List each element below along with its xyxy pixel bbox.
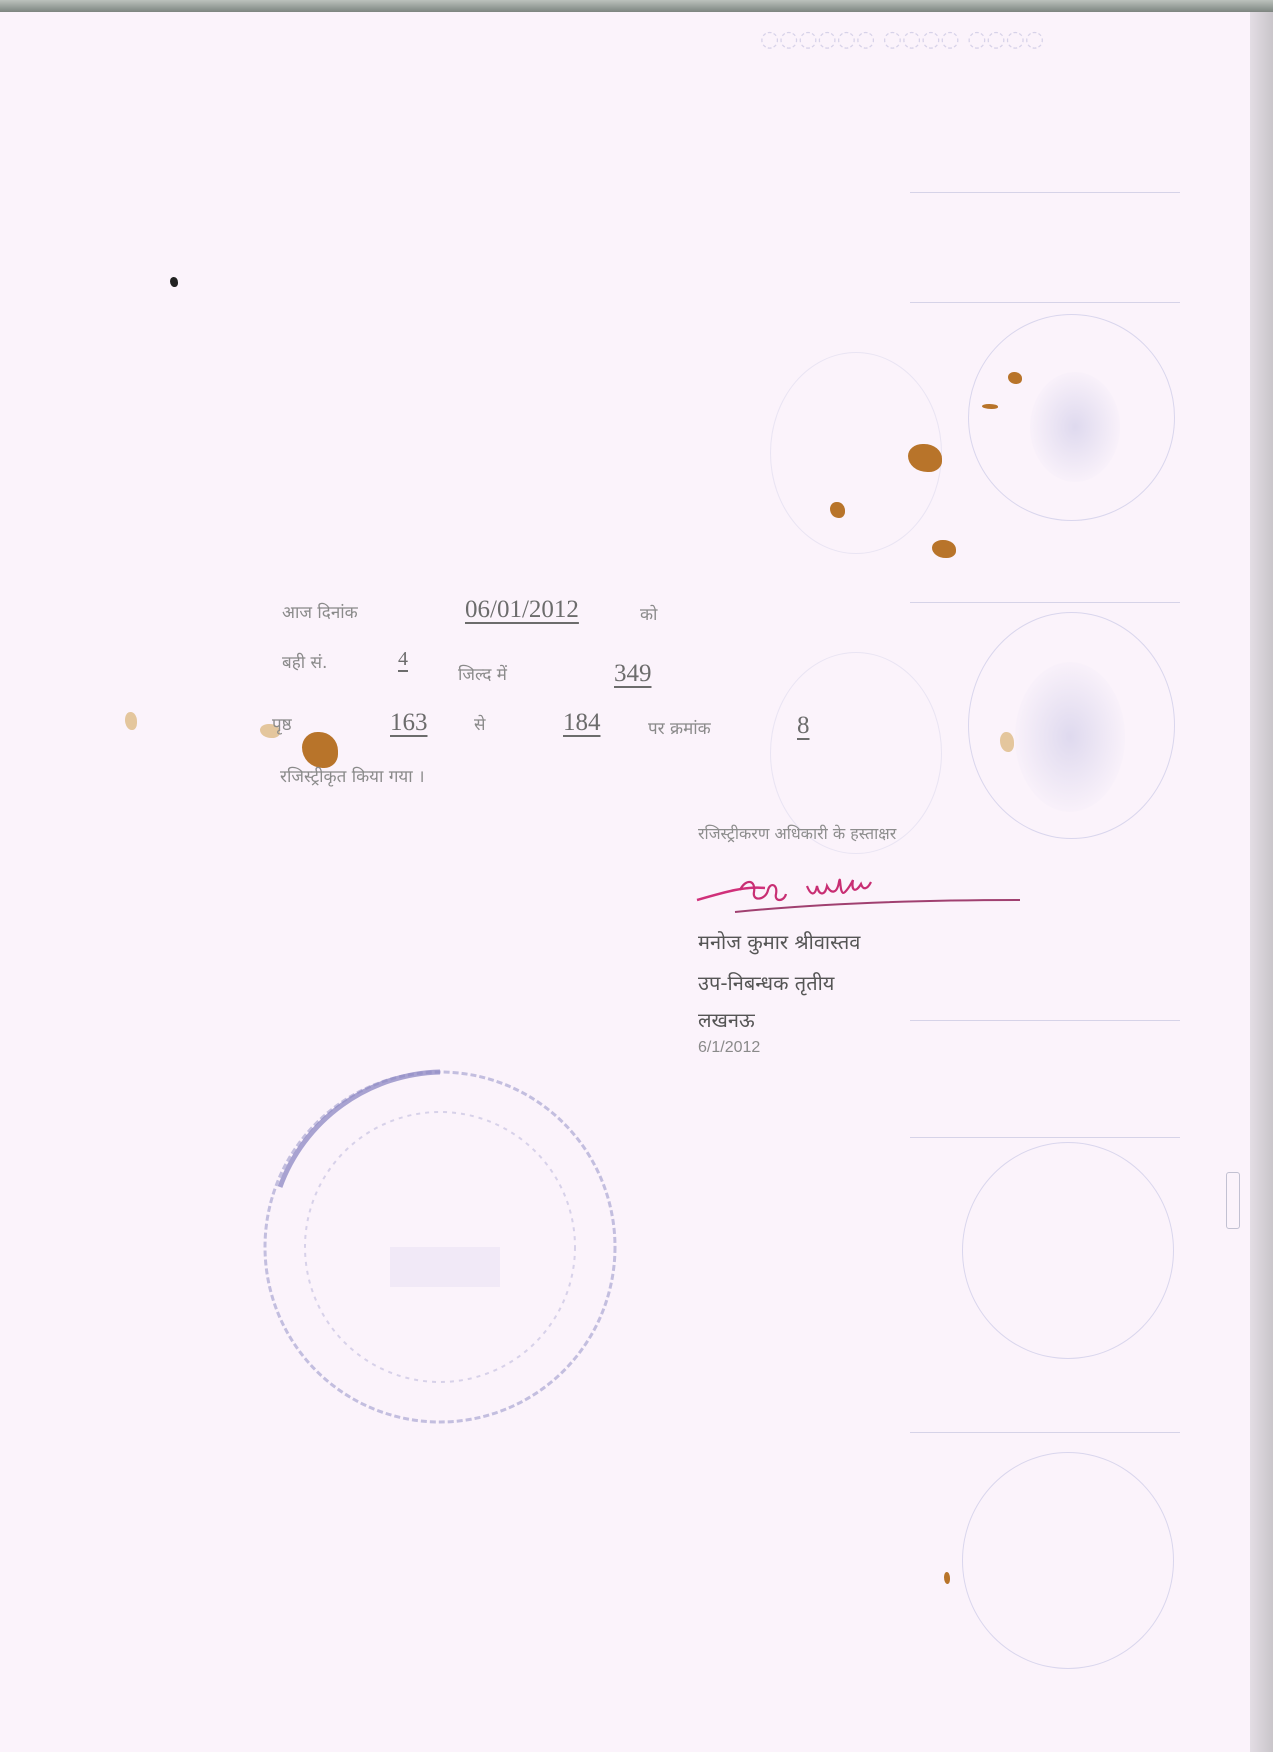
bleed-through-text: ◌◌◌◌ ◌◌◌◌ ◌◌◌◌◌◌ <box>760 27 1044 52</box>
bleed-through-line <box>910 192 1180 193</box>
officer-designation: उप-निबन्धक तृतीय <box>698 969 860 996</box>
book-label: बही सं. <box>282 650 327 673</box>
staple-mark <box>1226 1172 1240 1229</box>
stain <box>302 732 338 768</box>
page-to: 184 <box>563 709 601 737</box>
stain <box>932 540 956 558</box>
thumbprint-mark <box>1015 662 1125 812</box>
serial-label: पर क्रमांक <box>648 716 711 739</box>
thumbprint-circle <box>962 1142 1174 1359</box>
signature-date: 6/1/2012 <box>698 1039 860 1057</box>
stain <box>1000 732 1014 752</box>
bleed-through-line <box>910 1432 1180 1433</box>
page-from: 163 <box>390 709 428 737</box>
date-suffix: को <box>640 602 657 625</box>
bleed-through-line <box>910 1137 1180 1138</box>
scanner-top-edge <box>0 0 1273 12</box>
thumbprint-mark <box>1030 372 1120 482</box>
volume-label: जिल्द में <box>458 662 507 685</box>
thumbprint-circle <box>962 1452 1174 1669</box>
stain <box>944 1572 950 1584</box>
officer-details: मनोज कुमार श्रीवास्तव उप-निबन्धक तृतीय ल… <box>698 920 860 1057</box>
signature-caption: रजिस्ट्रीकरण अधिकारी के हस्ताक्षर <box>698 822 896 844</box>
registration-date: 06/01/2012 <box>465 596 579 624</box>
bleed-through-line <box>910 1020 1180 1021</box>
stain <box>1008 372 1022 384</box>
scanner-right-edge <box>1250 12 1273 1752</box>
officer-city: लखनऊ <box>698 1006 860 1033</box>
page-to-label: से <box>474 712 486 735</box>
closing-text: रजिस्ट्रीकृत किया गया । <box>280 764 425 787</box>
document-page: ◌◌◌◌ ◌◌◌◌ ◌◌◌◌◌◌ आज दिनांक 06/01/2012 को… <box>0 12 1250 1752</box>
page-label: पृष्ठ <box>272 712 292 735</box>
bleed-through-line <box>910 302 1180 303</box>
volume-number: 349 <box>614 660 652 688</box>
book-number: 4 <box>398 648 408 671</box>
bleed-through-line <box>910 602 1180 603</box>
serial-number: 8 <box>797 712 810 740</box>
ink-dot <box>170 277 178 287</box>
date-label: आज दिनांक <box>282 600 358 623</box>
official-seal <box>250 1047 670 1427</box>
stain <box>982 404 998 409</box>
stain <box>125 712 137 730</box>
officer-name: मनोज कुमार श्रीवास्तव <box>698 928 860 955</box>
signature-block: रजिस्ट्रीकरण अधिकारी के हस्ताक्षर <box>698 822 896 844</box>
stain <box>830 502 845 518</box>
